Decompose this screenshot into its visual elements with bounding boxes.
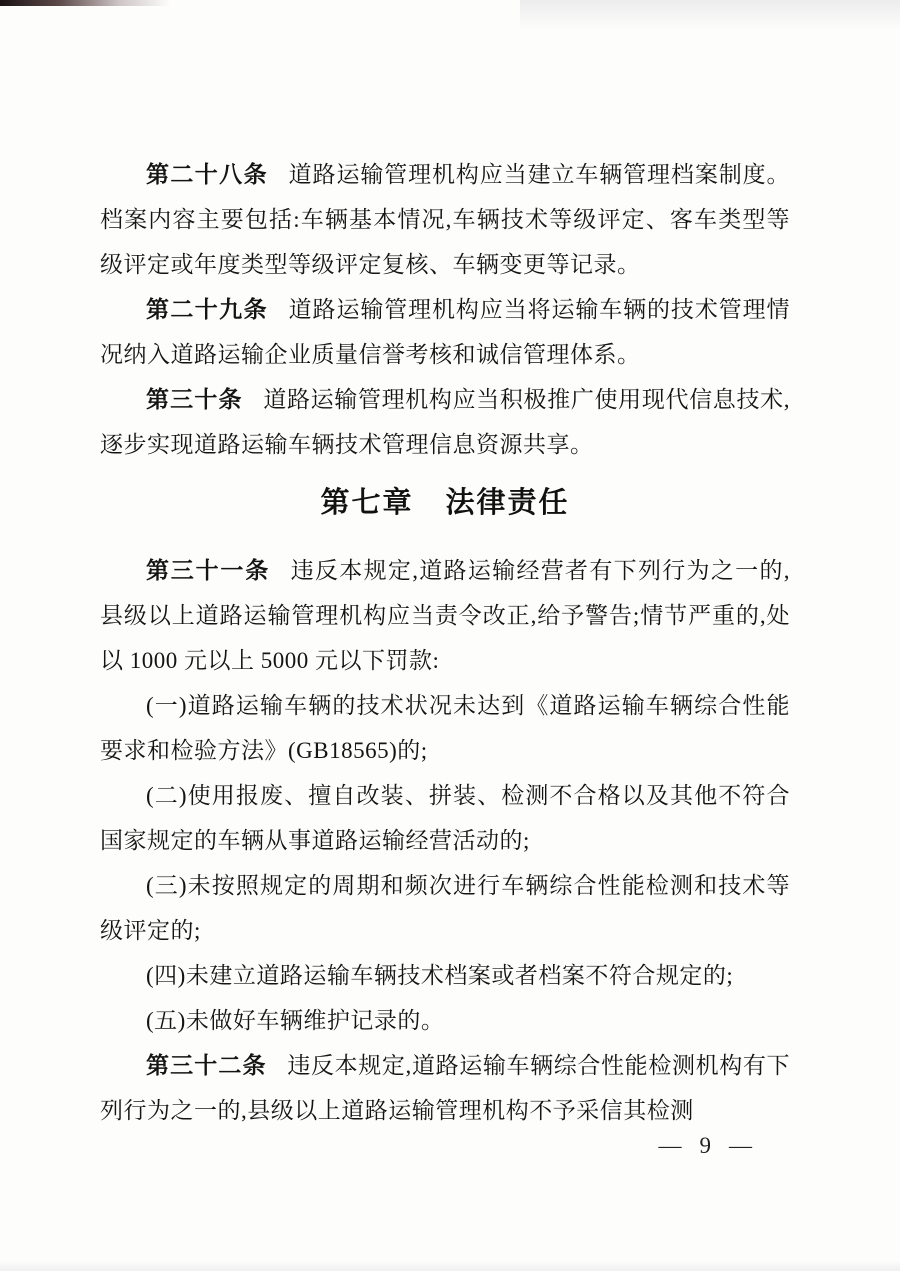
scan-shadow-bottom [0, 1261, 900, 1271]
article-31-item-4: (四)未建立道路运输车辆技术档案或者档案不符合规定的; [100, 953, 790, 998]
item-3-text: (三)未按照规定的周期和频次进行车辆综合性能检测和技术等级评定的; [100, 873, 790, 943]
article-31-item-5: (五)未做好车辆维护记录的。 [100, 998, 790, 1043]
article-30-paragraph: 第三十条道路运输管理机构应当积极推广使用现代信息技术,逐步实现道路运输车辆技术管… [100, 377, 790, 467]
article-29-paragraph: 第二十九条道路运输管理机构应当将运输车辆的技术管理情况纳入道路运输企业质量信誉考… [100, 287, 790, 377]
scan-shadow-top-right [520, 0, 900, 30]
article-31-paragraph: 第三十一条违反本规定,道路运输经营者有下列行为之一的,县级以上道路运输管理机构应… [100, 548, 790, 683]
page-number-dash-left: — [659, 1133, 682, 1158]
document-page: 第二十八条道路运输管理机构应当建立车辆管理档案制度。档案内容主要包括:车辆基本情… [0, 0, 900, 1271]
chapter-7-number: 第七章 [321, 487, 414, 519]
document-content: 第二十八条道路运输管理机构应当建立车辆管理档案制度。档案内容主要包括:车辆基本情… [100, 152, 790, 1133]
chapter-7-title: 法律责任 [445, 487, 569, 519]
article-31-item-3: (三)未按照规定的周期和频次进行车辆综合性能检测和技术等级评定的; [100, 863, 790, 953]
article-31-number: 第三十一条 [146, 557, 270, 583]
article-31-item-2: (二)使用报废、擅自改装、拼装、检测不合格以及其他不符合国家规定的车辆从事道路运… [100, 773, 790, 863]
article-28-paragraph: 第二十八条道路运输管理机构应当建立车辆管理档案制度。档案内容主要包括:车辆基本情… [100, 152, 790, 287]
chapter-7-heading: 第七章法律责任 [100, 481, 790, 526]
article-32-paragraph: 第三十二条违反本规定,道路运输车辆综合性能检测机构有下列行为之一的,县级以上道路… [100, 1043, 790, 1133]
article-29-number: 第二十九条 [146, 296, 268, 322]
article-31-item-1: (一)道路运输车辆的技术状况未达到《道路运输车辆综合性能要求和检验方法》(GB1… [100, 683, 790, 773]
item-2-text: (二)使用报废、擅自改装、拼装、检测不合格以及其他不符合国家规定的车辆从事道路运… [100, 783, 790, 853]
article-28-number: 第二十八条 [146, 161, 268, 187]
scan-edge-artifact-top-left [0, 0, 170, 6]
article-30-number: 第三十条 [146, 386, 243, 412]
item-1-text: (一)道路运输车辆的技术状况未达到《道路运输车辆综合性能要求和检验方法》(GB1… [100, 693, 790, 763]
page-footer: —9— [659, 1131, 753, 1161]
item-4-text: (四)未建立道路运输车辆技术档案或者档案不符合规定的; [146, 963, 733, 988]
page-number: 9 [700, 1133, 712, 1158]
item-5-text: (五)未做好车辆维护记录的。 [146, 1008, 444, 1033]
article-32-number: 第三十二条 [146, 1052, 267, 1078]
page-number-dash-right: — [729, 1133, 752, 1158]
